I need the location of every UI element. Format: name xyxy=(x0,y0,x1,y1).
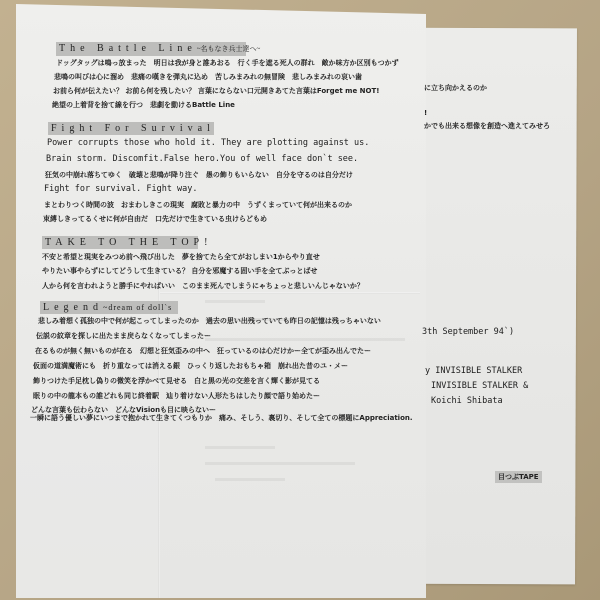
section-heading-take-to-the-top: TAKE TO THE TOP! xyxy=(42,236,198,249)
lyric-fragment: に立ち向かえるのか xyxy=(424,83,487,93)
lyric-line: 人から何を言われようと勝手にやればいい このまま死んでしまうにゃちょっと悲しいん… xyxy=(42,281,364,291)
section-heading-battle-line: The Battle Line~名もなき兵士達へ~ xyxy=(56,42,246,56)
section-heading-legend: Legend~dream of doll`s xyxy=(40,301,178,314)
lyric-line: まとわりつく時間の波 おまわしきこの現実 腐敗と暴力の中 うずくまっていて何が出… xyxy=(44,200,352,210)
lyric-line: 仮面の道満魔術にも 折り重なっては消える銀 ひっくり返したおもちゃ箱 崩れ出た昔… xyxy=(33,361,348,371)
lyric-line: 飾りつけた手足枕し偽りの微笑を浮かべて見せる 白と黒の光の交差を言く輝く影が見て… xyxy=(33,376,320,386)
section-heading-fight-for-survival: Fight For Survival xyxy=(48,122,214,135)
lyric-line: Power corrupts those who hold it. They a… xyxy=(47,138,369,148)
lyric-line: 伝説の紋章を探しに出たまま戻らなくなってしまったー xyxy=(36,331,211,341)
heading-title: Legend xyxy=(43,302,103,313)
lyric-line: 狂気の中崩れ落ちてゆく 破壊と悲鳴が降り注ぐ 愚の飾りもいらない 自分を守るのは… xyxy=(45,170,353,180)
credit-line: Koichi Shibata xyxy=(431,396,503,406)
heading-title: The Battle Line xyxy=(59,43,197,54)
credit-line: INVISIBLE STALKER & xyxy=(431,381,528,391)
lyric-fragment: ! xyxy=(424,109,427,117)
lyric-line: 不安と希望と現実をみつめ前へ飛び出した 夢を捨てたら全てがおしまい1からやり直せ xyxy=(42,252,320,262)
lyric-line: 悲鳴の叫びは心に溜め 悲痛の嘆きを弾丸に込め 苦しみまみれの無冒険 悲しみまみれ… xyxy=(54,72,362,82)
lyric-line: 悲しみ着想く孤独の中で何が起こってしまったのか 過去の思い出残っていても昨日の記… xyxy=(38,316,381,326)
tape-label: 目つぶTAPE xyxy=(495,471,542,483)
credit-line: y INVISIBLE STALKER xyxy=(425,366,522,376)
lyric-line: 束縛しきってるくせに何が自由だ 口先だけで生きている虫けらどもめ xyxy=(43,214,267,224)
heading-title: TAKE TO THE TOP! xyxy=(45,237,212,248)
lyric-line: Fight for survival. Fight way. xyxy=(44,184,198,194)
lyric-line: 眠りの中の龍本もの誰どれも同じ終着駅 辿り着けない人形たちはしたり顔で語り始めた… xyxy=(33,391,320,401)
recording-date: 3th September 94`) xyxy=(422,327,514,337)
lyric-line: ドッグタッグは鳴っ放まった 明日は我が身と誰あおる 行く手を遮る死人の群れ 敵か… xyxy=(56,58,399,68)
heading-title: Fight For Survival xyxy=(51,123,215,134)
lyric-line: やりたい事やらずにしてどうして生きている？ 自分を邪魔する固い手を全てぶっとばせ xyxy=(42,266,317,276)
lyric-line: 一瞬に語う優しい夢にいつまで抱かれて生きてくつもりか 痛み、そしう、裏切り、そし… xyxy=(30,413,413,423)
heading-subtitle: ~名もなき兵士達へ~ xyxy=(197,45,261,53)
lyric-line: 在るものが無く無いものが在る 幻想と狂気歪みの中へ 狂っているのは心だけかー全て… xyxy=(35,346,371,356)
lyric-fragment: かでも出来る想像を創造へ進えてみせろ xyxy=(424,121,550,131)
lyric-line: Brain storm. Discomfit.False hero.You of… xyxy=(46,154,358,164)
lyric-line: お前ら何が伝えたい？ お前ら何を残したい？ 言葉にならない口元開きあてた言葉はF… xyxy=(53,86,379,96)
heading-subtitle: ~dream of doll`s xyxy=(103,303,172,312)
lyric-line: 絶望の上着背を捨て線を行つ 悲劇を動けるBattle Line xyxy=(52,100,235,110)
lyrics-content: The Battle Line~名もなき兵士達へ~ ドッグタッグは鳴っ放まった … xyxy=(0,0,600,600)
